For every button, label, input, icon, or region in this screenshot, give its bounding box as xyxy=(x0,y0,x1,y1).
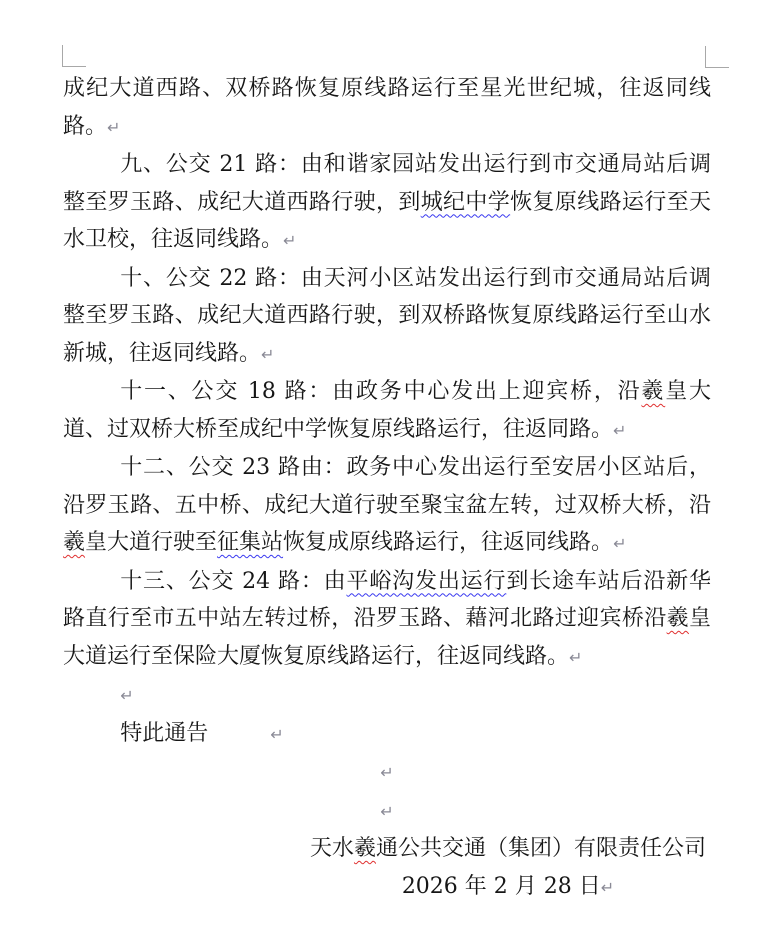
grammar-wavy-underlined-text: 城纪中学 xyxy=(421,190,510,215)
item-10-bus-22: 十、公交 22 路：由天河小区站发出运行到市交通局站后调整至罗玉路、成纪大道西路… xyxy=(63,260,711,374)
text-run: 特此通告 xyxy=(120,721,208,746)
text-run: 十二、公交 23 路由：政务中心发出运行至安居小区站后，沿罗玉路、五中桥、成纪大… xyxy=(63,455,711,518)
empty-paragraph: ↵ xyxy=(63,676,711,715)
paragraph-mark-icon: ↵ xyxy=(120,686,133,705)
empty-paragraph-centered: ↵ xyxy=(63,792,711,831)
paragraph-mark-icon: ↵ xyxy=(270,725,283,744)
continuation-line: 成纪大道西路、双桥路恢复原线路运行至星光世纪城，往返同线路。↵ xyxy=(63,70,711,146)
item-13-bus-24: 十三、公交 24 路：由平峪沟发出运行到长途车站后沿新华路直行至市五中站左转过桥… xyxy=(63,563,711,677)
paragraph-mark-icon: ↵ xyxy=(283,231,296,250)
text-run: 成纪大道西路、双桥路恢复原线路运行至星光世纪城，往返同线路。 xyxy=(63,76,711,139)
text-run: 2026 年 2 月 28 日 xyxy=(402,874,601,899)
grammar-wavy-underlined-text: 征集站 xyxy=(217,530,283,555)
item-9-bus-21: 九、公交 21 路：由和谐家园站发出运行到市交通局站后调整至罗玉路、成纪大道西路… xyxy=(63,146,711,260)
paragraph-mark-icon: ↵ xyxy=(613,421,626,440)
closing-notice: 特此通告↵ xyxy=(63,715,711,754)
text-run: 皇大道行驶至 xyxy=(85,530,217,555)
text-run: 恢复成原线路运行，往返同线路。 xyxy=(283,530,613,555)
paragraph-mark-icon: ↵ xyxy=(107,118,120,137)
document-page: 成纪大道西路、双桥路恢复原线路运行至星光世纪城，往返同线路。↵九、公交 21 路… xyxy=(0,0,780,940)
grammar-wavy-underlined-text: 平峪沟发出运行 xyxy=(347,569,507,594)
text-boundary-corner-mark-top-left xyxy=(62,45,86,67)
spelling-wavy-underlined-text: 羲 xyxy=(641,379,665,404)
text-run: 十、公交 22 路：由天河小区站发出运行到市交通局站后调整至罗玉路、成纪大道西路… xyxy=(63,266,711,366)
text-run: 十一、公交 18 路：由政务中心发出上迎宾桥，沿 xyxy=(120,379,641,404)
spelling-wavy-underlined-text: 羲 xyxy=(63,530,85,555)
signature-company-name: 天水羲通公共交通（集团）有限责任公司 xyxy=(63,830,711,868)
paragraph-mark-icon: ↵ xyxy=(261,345,274,364)
spelling-wavy-underlined-text: 羲 xyxy=(667,606,689,631)
item-12-bus-23: 十二、公交 23 路由：政务中心发出运行至安居小区站后，沿罗玉路、五中桥、成纪大… xyxy=(63,449,711,563)
paragraph-mark-icon: ↵ xyxy=(380,802,393,821)
text-run: 天水 xyxy=(310,836,354,861)
empty-paragraph-centered: ↵ xyxy=(63,753,711,792)
item-11-bus-18: 十一、公交 18 路：由政务中心发出上迎宾桥，沿羲皇大道、过双桥大桥至成纪中学恢… xyxy=(63,373,711,449)
paragraph-mark-icon: ↵ xyxy=(601,878,614,897)
paragraph-mark-icon: ↵ xyxy=(380,763,393,782)
paragraph-mark-icon: ↵ xyxy=(569,648,582,667)
paragraph-mark-icon: ↵ xyxy=(613,534,626,553)
text-run: 通公共交通（集团）有限责任公司 xyxy=(376,836,706,861)
signature-date: 2026 年 2 月 28 日↵ xyxy=(63,868,711,907)
text-boundary-corner-mark-top-right xyxy=(705,46,729,68)
spelling-wavy-underlined-text: 羲 xyxy=(354,836,376,861)
document-body: 成纪大道西路、双桥路恢复原线路运行至星光世纪城，往返同线路。↵九、公交 21 路… xyxy=(63,70,711,906)
text-run: 十三、公交 24 路：由 xyxy=(120,569,346,594)
